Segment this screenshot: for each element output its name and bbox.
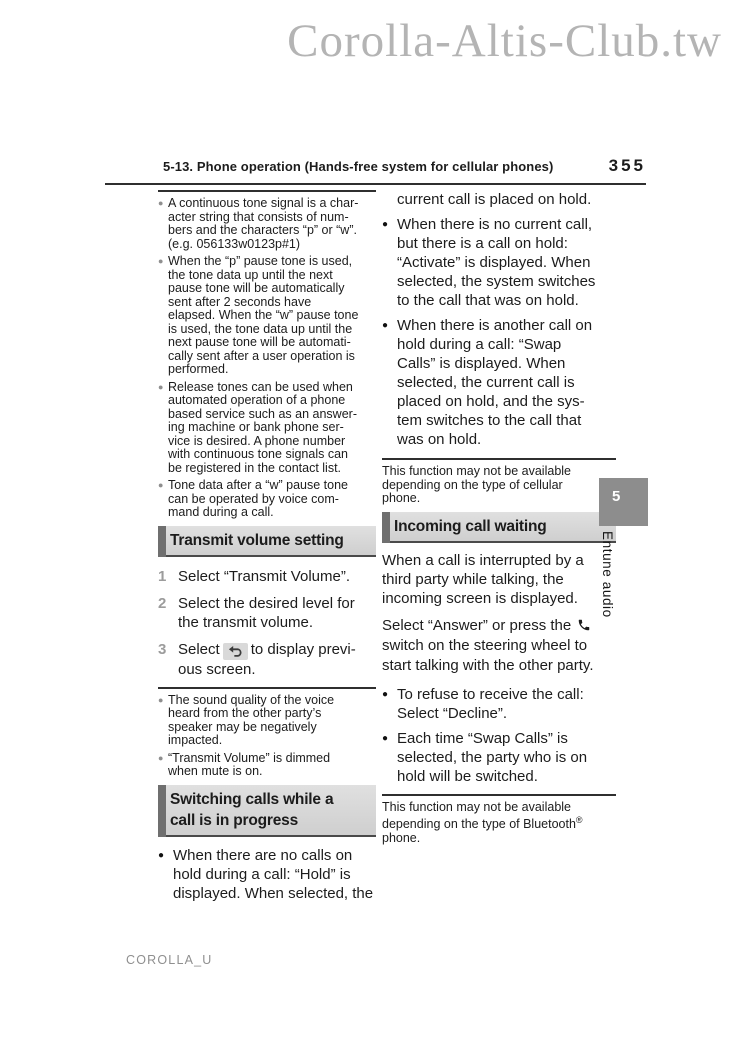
registered-mark: ® — [576, 815, 583, 825]
bullet-icon: ● — [382, 685, 397, 723]
phone-handset-icon — [577, 618, 591, 632]
step-text: Selectto display previ- ous screen. — [178, 640, 356, 679]
bullet-icon: ● — [158, 752, 168, 779]
note-item: ● The sound quality of the voice heard f… — [158, 694, 376, 748]
bullet-text: When there are no calls on hold during a… — [173, 846, 373, 903]
note-text: The sound quality of the voice heard fro… — [168, 694, 334, 748]
note-text: “Transmit Volume” is dimmed when mute is… — [168, 752, 330, 779]
note-text: Tone data after a “w” pause tone can be … — [168, 479, 348, 520]
page-number: 355 — [609, 156, 646, 176]
watermark: Corolla-Altis-Club.tw — [287, 14, 722, 68]
note-item: ● When the “p” pause tone is used, the t… — [158, 255, 376, 377]
bullet-icon: ● — [382, 729, 397, 786]
bullet-icon: ● — [158, 197, 168, 251]
note-item: ● A continuous tone signal is a char- ac… — [158, 197, 376, 251]
incoming-bullet: ● To refuse to receive the call: Select … — [382, 685, 616, 723]
answer-paragraph: Select “Answer” or press the switch on t… — [382, 616, 616, 676]
transmit-steps: 1 Select “Transmit Volume”. 2 Select the… — [158, 567, 376, 679]
cellular-note-block: This function may not be available depen… — [382, 458, 616, 506]
heading-incoming-call-waiting: Incoming call waiting — [382, 512, 616, 543]
step-2: 2 Select the desired level for the trans… — [158, 594, 376, 632]
bullet-icon: ● — [382, 215, 397, 310]
page-header: 5-13. Phone operation (Hands-free system… — [105, 156, 646, 185]
left-column: ● A continuous tone signal is a char- ac… — [158, 190, 376, 909]
manual-page: Corolla-Altis-Club.tw 5-13. Phone operat… — [0, 0, 750, 1061]
bullet-icon: ● — [158, 381, 168, 476]
bullet-text: When there is another call on hold durin… — [397, 316, 592, 449]
bullet-icon: ● — [158, 479, 168, 520]
bluetooth-note-block: This function may not be available depen… — [382, 794, 616, 846]
note-text: Release tones can be used when automated… — [168, 381, 357, 476]
bullet-icon: ● — [158, 694, 168, 748]
section-title: 5-13. Phone operation (Hands-free system… — [163, 159, 553, 174]
volume-notes-block: ● The sound quality of the voice heard f… — [158, 687, 376, 779]
chapter-tab: 5 — [599, 478, 648, 526]
bullet-text: When there is no current call, but there… — [397, 215, 595, 310]
step-text: Select the desired level for the transmi… — [178, 594, 355, 632]
tone-notes-block: ● A continuous tone signal is a char- ac… — [158, 190, 376, 520]
step-1: 1 Select “Transmit Volume”. — [158, 567, 376, 586]
heading-transmit-volume-setting: Transmit volume setting — [158, 526, 376, 557]
note-text: A continuous tone signal is a char- acte… — [168, 197, 358, 251]
step-number: 1 — [158, 567, 178, 586]
note-text: When the “p” pause tone is used, the ton… — [168, 255, 358, 377]
step-number: 2 — [158, 594, 178, 632]
bullet-icon: ● — [382, 316, 397, 449]
step-3: 3 Selectto display previ- ous screen. — [158, 640, 376, 679]
footer-model-code: COROLLA_U — [126, 953, 213, 967]
bullet-icon: ● — [158, 255, 168, 377]
incoming-intro: When a call is interrupted by a third pa… — [382, 551, 616, 608]
note-item: ● Release tones can be used when automat… — [158, 381, 376, 476]
note-item: ● Tone data after a “w” pause tone can b… — [158, 479, 376, 520]
incoming-bullet: ● Each time “Swap Calls” is selected, th… — [382, 729, 616, 786]
chapter-label: Entune audio — [600, 531, 615, 618]
switching-bullet: ● When there is another call on hold dur… — [382, 316, 616, 449]
continuation-text: current call is placed on hold. — [382, 190, 616, 209]
step-text: Select “Transmit Volume”. — [178, 567, 350, 586]
switching-bullet: ● When there is no current call, but the… — [382, 215, 616, 310]
hold-bullet: ● When there are no calls on hold during… — [158, 846, 376, 903]
right-column: current call is placed on hold. ● When t… — [382, 190, 616, 845]
bullet-icon: ● — [158, 846, 173, 903]
heading-switching-calls: Switching calls while a call is in progr… — [158, 785, 376, 837]
note-text: This function may not be available depen… — [382, 465, 616, 506]
note-item: ● “Transmit Volume” is dimmed when mute … — [158, 752, 376, 779]
bullet-text: Each time “Swap Calls” is selected, the … — [397, 729, 587, 786]
answer-rest: switch on the steering wheel to start ta… — [382, 636, 616, 676]
step-number: 3 — [158, 640, 178, 679]
bullet-text: To refuse to receive the call: Select “D… — [397, 685, 584, 723]
return-arrow-icon — [223, 643, 248, 660]
